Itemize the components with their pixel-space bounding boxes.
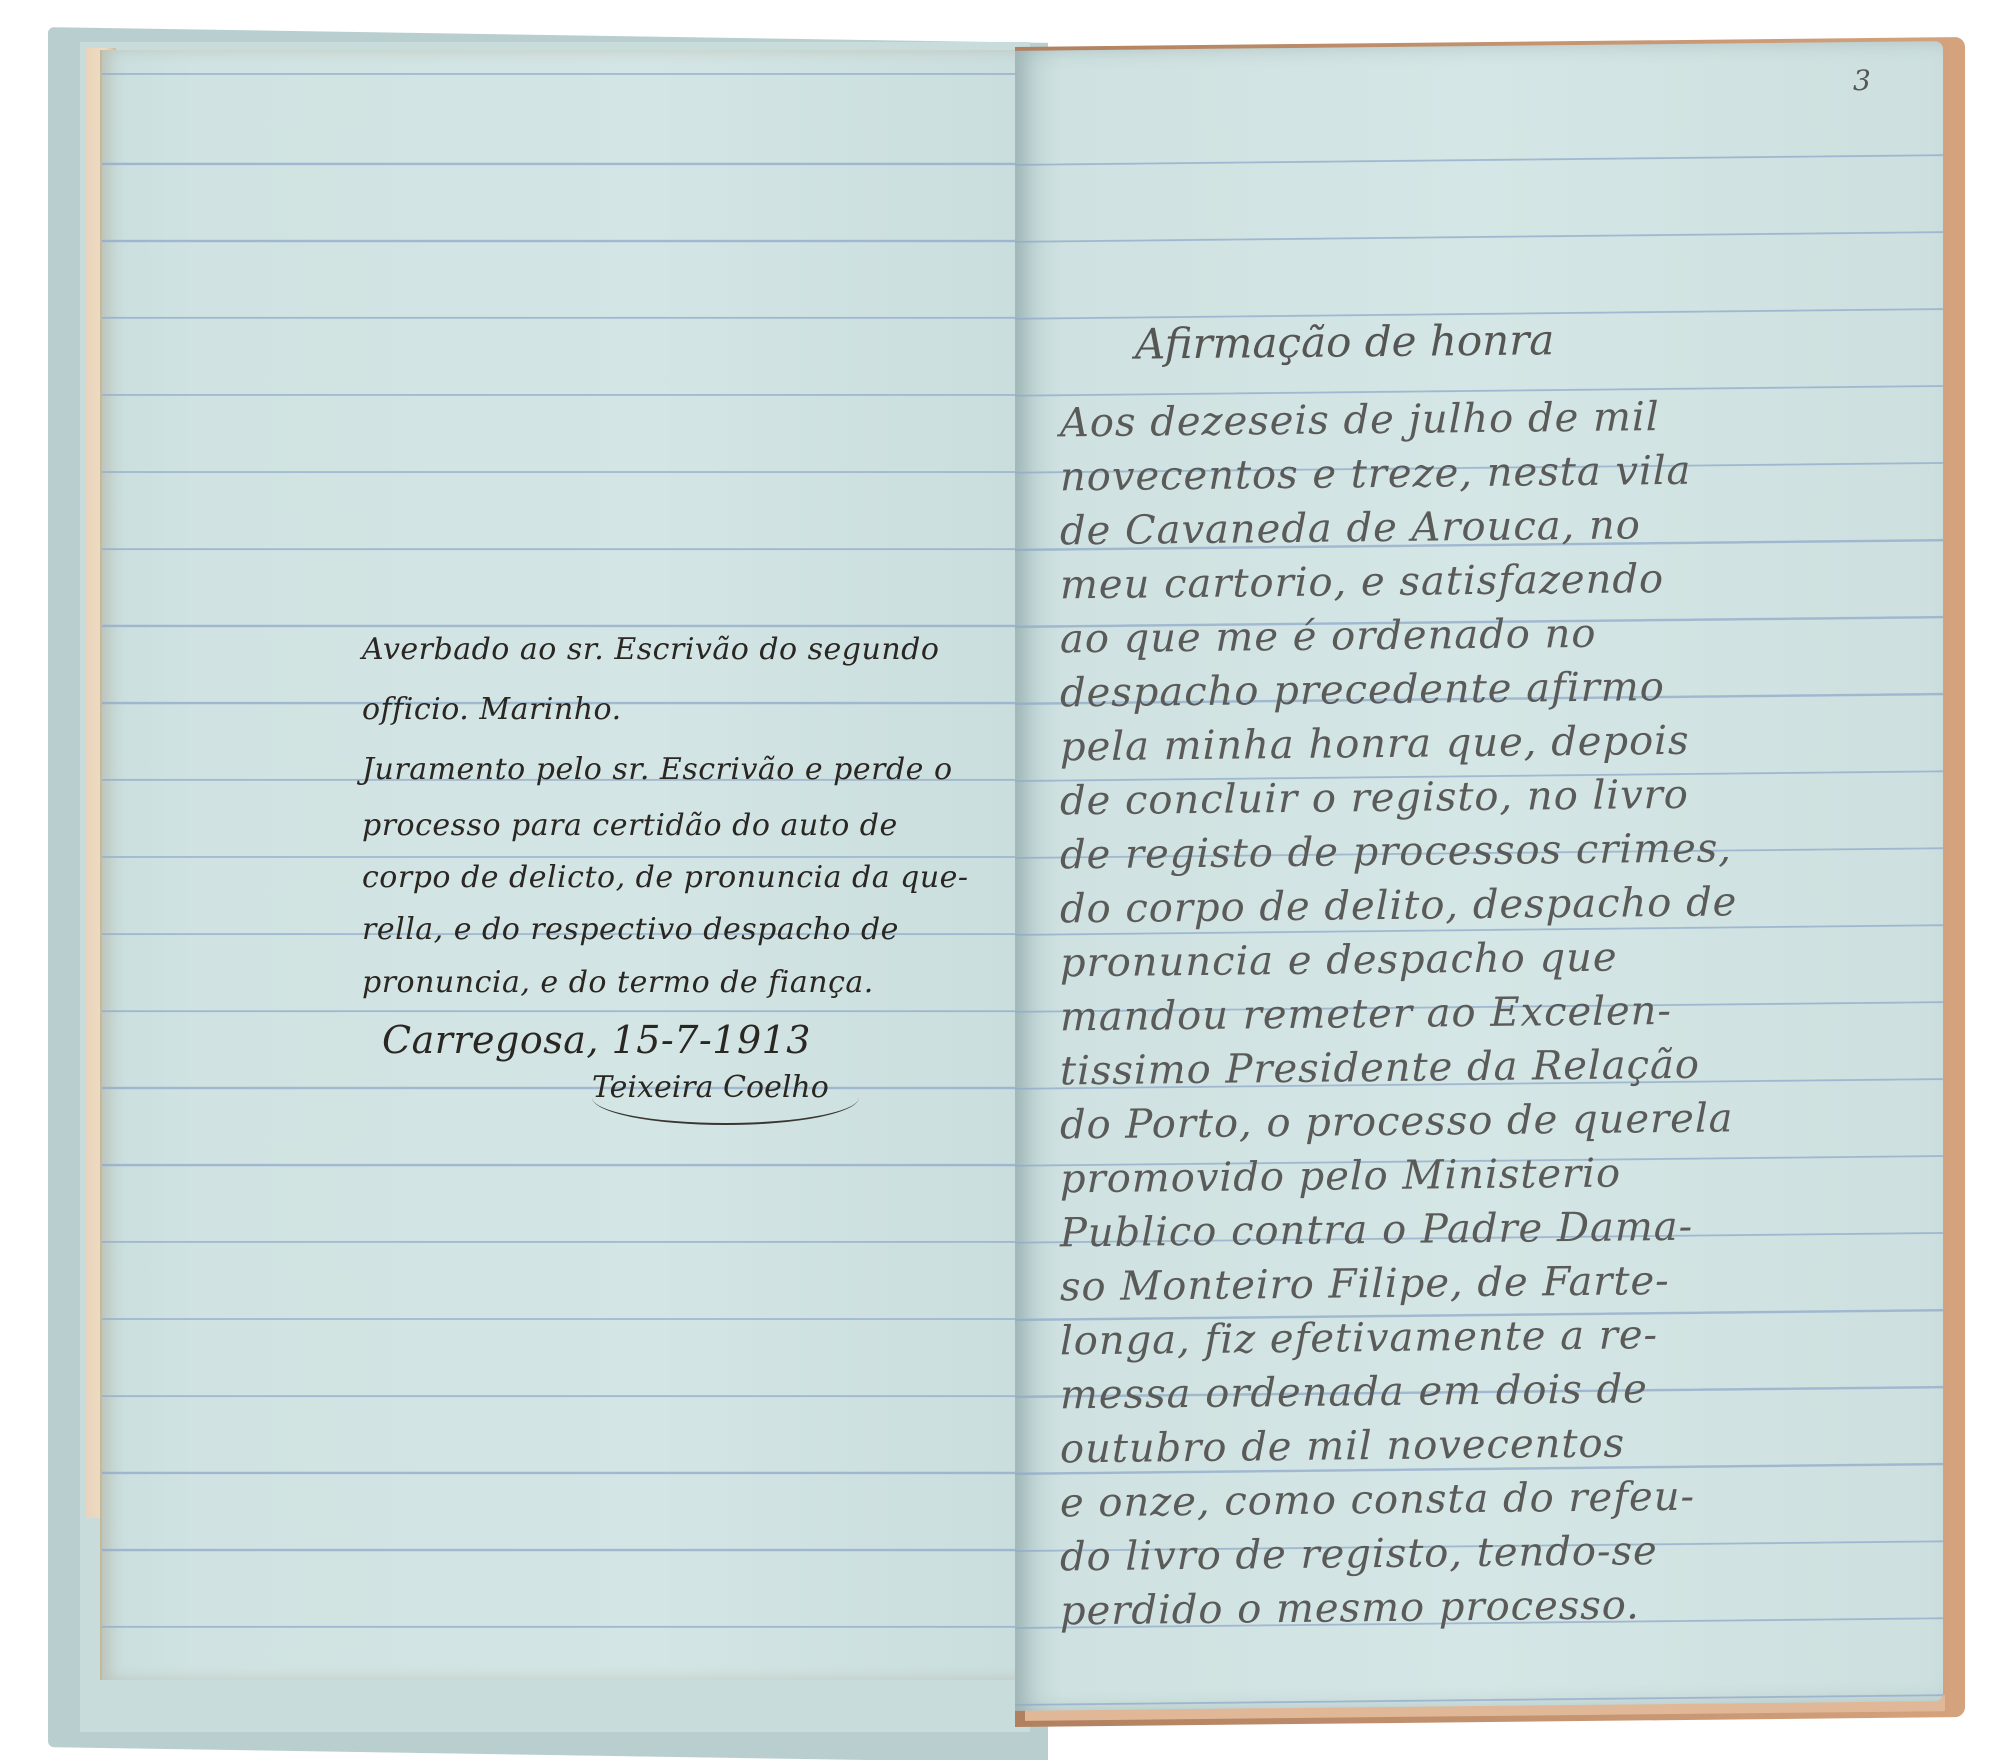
- right-line: Publico contra o Padre Dama-: [1060, 1204, 1693, 1257]
- right-line: pela minha honra que, depois: [1060, 718, 1689, 771]
- right-line: novecentos e treze, nesta vila: [1060, 448, 1691, 501]
- right-line: do corpo de delito, despacho de: [1060, 879, 1737, 932]
- right-line: e onze, como consta do refeu-: [1060, 1474, 1695, 1527]
- left-line: corpo de delicto, de pronuncia da que-: [362, 860, 969, 895]
- right-line: tissimo Presidente da Relação: [1060, 1042, 1700, 1095]
- left-line: officio. Marinho.: [362, 692, 622, 727]
- right-line: de Cavaneda de Arouca, no: [1060, 502, 1641, 554]
- left-line: pronuncia, e do termo de fiança.: [362, 965, 874, 1000]
- right-line: so Monteiro Filipe, de Farte-: [1060, 1258, 1670, 1310]
- right-line: do Porto, o processo de querela: [1060, 1095, 1733, 1148]
- right-line: outubro de mil novecentos: [1060, 1420, 1625, 1472]
- right-line: do livro de registo, tendo-se: [1060, 1528, 1658, 1580]
- signature: Teixeira Coelho: [592, 1070, 859, 1125]
- right-line: ao que me é ordenado no: [1060, 611, 1596, 663]
- right-line: promovido pelo Ministerio: [1060, 1151, 1621, 1203]
- right-page: 3 Afirmação de honra Aos dezeseis de jul…: [1015, 41, 1943, 1711]
- right-line: mandou remeter ao Excelen-: [1060, 988, 1672, 1040]
- left-date-line: Carregosa, 15-7-1913: [382, 1018, 811, 1062]
- open-ledger: Averbado ao sr. Escrivão do segundo offi…: [0, 0, 2000, 1760]
- right-line: despacho precedente afirmo: [1060, 664, 1665, 716]
- right-line: meu cartorio, e satisfazendo: [1060, 556, 1664, 608]
- left-page: Averbado ao sr. Escrivão do segundo offi…: [100, 50, 1022, 1680]
- right-line: de registo de processos crimes,: [1060, 825, 1732, 878]
- page-number: 3: [1853, 64, 1871, 97]
- left-line: processo para certidão do auto de: [362, 808, 898, 843]
- right-line: longa, fiz efetivamente a re-: [1060, 1312, 1658, 1364]
- right-line: messa ordenada em dois de: [1060, 1366, 1648, 1418]
- page-title: Afirmação de honra: [1135, 315, 1554, 368]
- left-line: rella, e do respectivo despacho de: [362, 912, 899, 947]
- left-line: Juramento pelo sr. Escrivão e perde o: [362, 752, 953, 787]
- right-line: Aos dezeseis de julho de mil: [1060, 394, 1659, 446]
- right-line: de concluir o registo, no livro: [1060, 772, 1689, 825]
- right-line: perdido o mesmo processo.: [1060, 1582, 1640, 1634]
- right-line: pronuncia e despacho que: [1060, 935, 1618, 987]
- left-line: Averbado ao sr. Escrivão do segundo: [362, 632, 939, 667]
